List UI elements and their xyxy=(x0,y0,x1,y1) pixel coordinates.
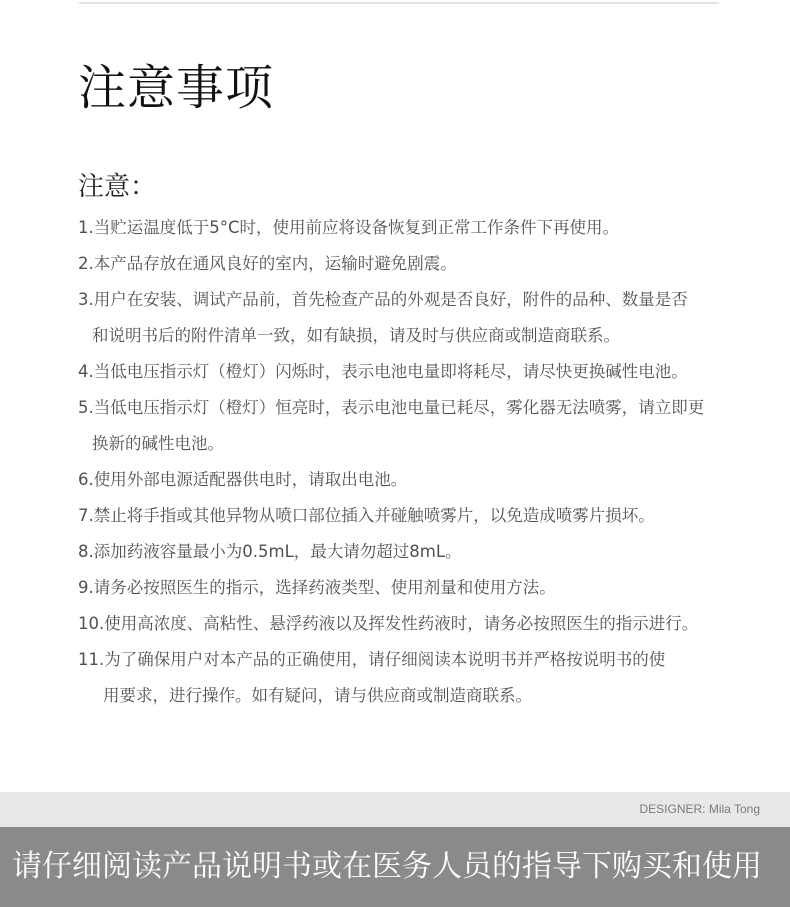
note-item-3: 3.用户在安装、调试产品前，首先检查产品的外观是否良好，附件的品种、数量是否和说… xyxy=(78,282,738,354)
note-text: 使用高浓度、高粘性、悬浮药液以及挥发性药液时，请务必按照医生的指示进行。 xyxy=(104,614,698,633)
note-text: 用户在安装、调试产品前，首先检查产品的外观是否良好，附件的品种、数量是否 xyxy=(94,290,688,309)
note-number: 9. xyxy=(78,578,94,597)
note-item-9: 9.请务必按照医生的指示，选择药液类型、使用剂量和使用方法。 xyxy=(78,570,738,606)
note-item-5: 5.当低电压指示灯（橙灯）恒亮时，表示电池电量已耗尽，雾化器无法喷雾，请立即更换… xyxy=(78,390,738,462)
note-text-continued: 和说明书后的附件清单一致，如有缺损，请及时与供应商或制造商联系。 xyxy=(78,318,738,354)
note-text: 禁止将手指或其他异物从喷口部位插入并碰触喷雾片，以免造成喷雾片损坏。 xyxy=(94,506,655,525)
note-number: 1. xyxy=(78,218,94,237)
note-text: 使用外部电源适配器供电时，请取出电池。 xyxy=(94,470,408,489)
note-number: 6. xyxy=(78,470,94,489)
note-item-6: 6.使用外部电源适配器供电时，请取出电池。 xyxy=(78,462,738,498)
note-text-continued: 换新的碱性电池。 xyxy=(78,426,738,462)
page-title: 注意事项 xyxy=(78,58,274,118)
note-number: 11. xyxy=(78,650,104,669)
note-number: 5. xyxy=(78,398,94,417)
note-text-continued: 用要求，进行操作。如有疑问，请与供应商或制造商联系。 xyxy=(78,678,738,714)
note-text: 为了确保用户对本产品的正确使用，请仔细阅读本说明书并严格按说明书的使 xyxy=(104,650,665,669)
note-item-11: 11.为了确保用户对本产品的正确使用，请仔细阅读本说明书并严格按说明书的使用要求… xyxy=(78,642,738,714)
top-divider xyxy=(79,2,719,4)
designer-credit: DESIGNER: Mila Tong xyxy=(640,802,761,816)
note-text: 本产品存放在通风良好的室内，运输时避免剧震。 xyxy=(94,254,457,273)
section-subtitle: 注意： xyxy=(78,170,156,204)
footer-banner: 请仔细阅读产品说明书或在医务人员的指导下购买和使用 xyxy=(0,827,790,907)
note-item-7: 7.禁止将手指或其他异物从喷口部位插入并碰触喷雾片，以免造成喷雾片损坏。 xyxy=(78,498,738,534)
note-number: 7. xyxy=(78,506,94,525)
designer-bar: DESIGNER: Mila Tong xyxy=(0,792,790,827)
note-text: 当贮运温度低于5°C时，使用前应将设备恢复到正常工作条件下再使用。 xyxy=(94,218,619,237)
note-item-1: 1.当贮运温度低于5°C时，使用前应将设备恢复到正常工作条件下再使用。 xyxy=(78,210,738,246)
note-text: 添加药液容量最小为0.5mL，最大请勿超过8mL。 xyxy=(94,542,462,561)
note-item-10: 10.使用高浓度、高粘性、悬浮药液以及挥发性药液时，请务必按照医生的指示进行。 xyxy=(78,606,738,642)
notes-list: 1.当贮运温度低于5°C时，使用前应将设备恢复到正常工作条件下再使用。 2.本产… xyxy=(78,210,738,714)
note-number: 4. xyxy=(78,362,94,381)
note-number: 2. xyxy=(78,254,94,273)
note-item-2: 2.本产品存放在通风良好的室内，运输时避免剧震。 xyxy=(78,246,738,282)
note-item-8: 8.添加药液容量最小为0.5mL，最大请勿超过8mL。 xyxy=(78,534,738,570)
footer-notice: 请仔细阅读产品说明书或在医务人员的指导下购买和使用 xyxy=(12,847,762,887)
note-item-4: 4.当低电压指示灯（橙灯）闪烁时，表示电池电量即将耗尽，请尽快更换碱性电池。 xyxy=(78,354,738,390)
note-number: 3. xyxy=(78,290,94,309)
note-text: 当低电压指示灯（橙灯）恒亮时，表示电池电量已耗尽，雾化器无法喷雾，请立即更 xyxy=(94,398,705,417)
note-text: 当低电压指示灯（橙灯）闪烁时，表示电池电量即将耗尽，请尽快更换碱性电池。 xyxy=(94,362,688,381)
note-number: 8. xyxy=(78,542,94,561)
note-text: 请务必按照医生的指示，选择药液类型、使用剂量和使用方法。 xyxy=(94,578,556,597)
note-number: 10. xyxy=(78,614,104,633)
